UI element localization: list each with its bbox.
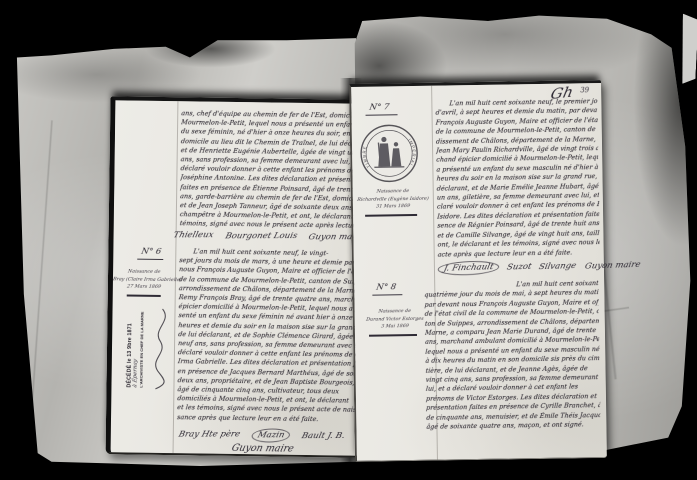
witness-signature: Bourgonet Louis (224, 231, 298, 241)
witness-signature: Thielleux (172, 230, 214, 240)
witness-signature: Mazin (250, 428, 292, 442)
witness-signature-circled: J. Finchault (436, 260, 500, 276)
entry6-act-text: L'an mil huit cent soixante neuf, le vin… (177, 247, 357, 424)
entry5-signature-row: Thielleux Bourgonet Louis Guyon maire (174, 230, 358, 243)
entry7-number-underline (366, 114, 398, 116)
entry7-number: N° 7 (369, 102, 390, 112)
page-edge-sliver (679, 14, 697, 85)
imperial-timbre-stamp: TIMBRE IMPÉRIAL (358, 122, 421, 185)
entry7-signature-row: J. Finchault Suzot Silvange Guyon maire (438, 259, 600, 276)
entry8-number-underline (372, 294, 402, 295)
archivist-signature-flourish (147, 307, 174, 391)
mayor-signature: Guyon maire (201, 443, 324, 456)
entry6-number: N° 6 (140, 247, 162, 257)
entry8-note-underline (369, 334, 417, 337)
stamp-arc-text-left: TIMBRE (361, 145, 371, 169)
svg-text:TIMBRE: TIMBRE (361, 145, 371, 169)
stamp-line-archivist: L'ARCHIVISTE EN CHEF DE LA MARNE (138, 298, 144, 388)
stamp-figures (378, 137, 402, 167)
entry6-number-underline (137, 259, 163, 260)
mayor-signature: Guyon maire (583, 260, 641, 272)
declarant-signature: Bray Hte père (177, 430, 241, 440)
witness-signature: Silvange (538, 261, 577, 272)
scanned-register-photo: ans, chef d'équipe au chemin de fer de l… (0, 0, 697, 480)
entry8-margin-note: Naissance deDurand Victor Estorges3 Mai … (355, 308, 435, 332)
folio-number: 39 (580, 86, 589, 94)
witness-signature: Suzot (506, 262, 533, 273)
left-page: ans, chef d'équipe au chemin de fer de l… (106, 96, 364, 457)
entry7-act-text: L'an mil huit cent soixante neuf, le pre… (435, 97, 599, 259)
entry8-act-text: L'an mil huit cent soixante neuf, lequat… (424, 279, 600, 432)
witness-signature: Bault J. B. (301, 431, 346, 441)
entry7-note-underline (365, 214, 417, 217)
entry5-continuation-text: ans, chef d'équipe au chemin de fer de l… (180, 109, 360, 231)
entry6-signature-row: Bray Hte père Mazin Bault J. B. (179, 427, 355, 443)
right-page: Gh 39 N° 7 TIMBRE IMPÉRIAL (349, 80, 607, 462)
entry6-margin-note: Naissance deBray (Claire Irma Gabrielle)… (113, 268, 175, 291)
entry7-margin-note: Naissance deRichardville (Eugène Isidore… (353, 188, 433, 212)
entry8-number: N° 8 (375, 282, 396, 292)
